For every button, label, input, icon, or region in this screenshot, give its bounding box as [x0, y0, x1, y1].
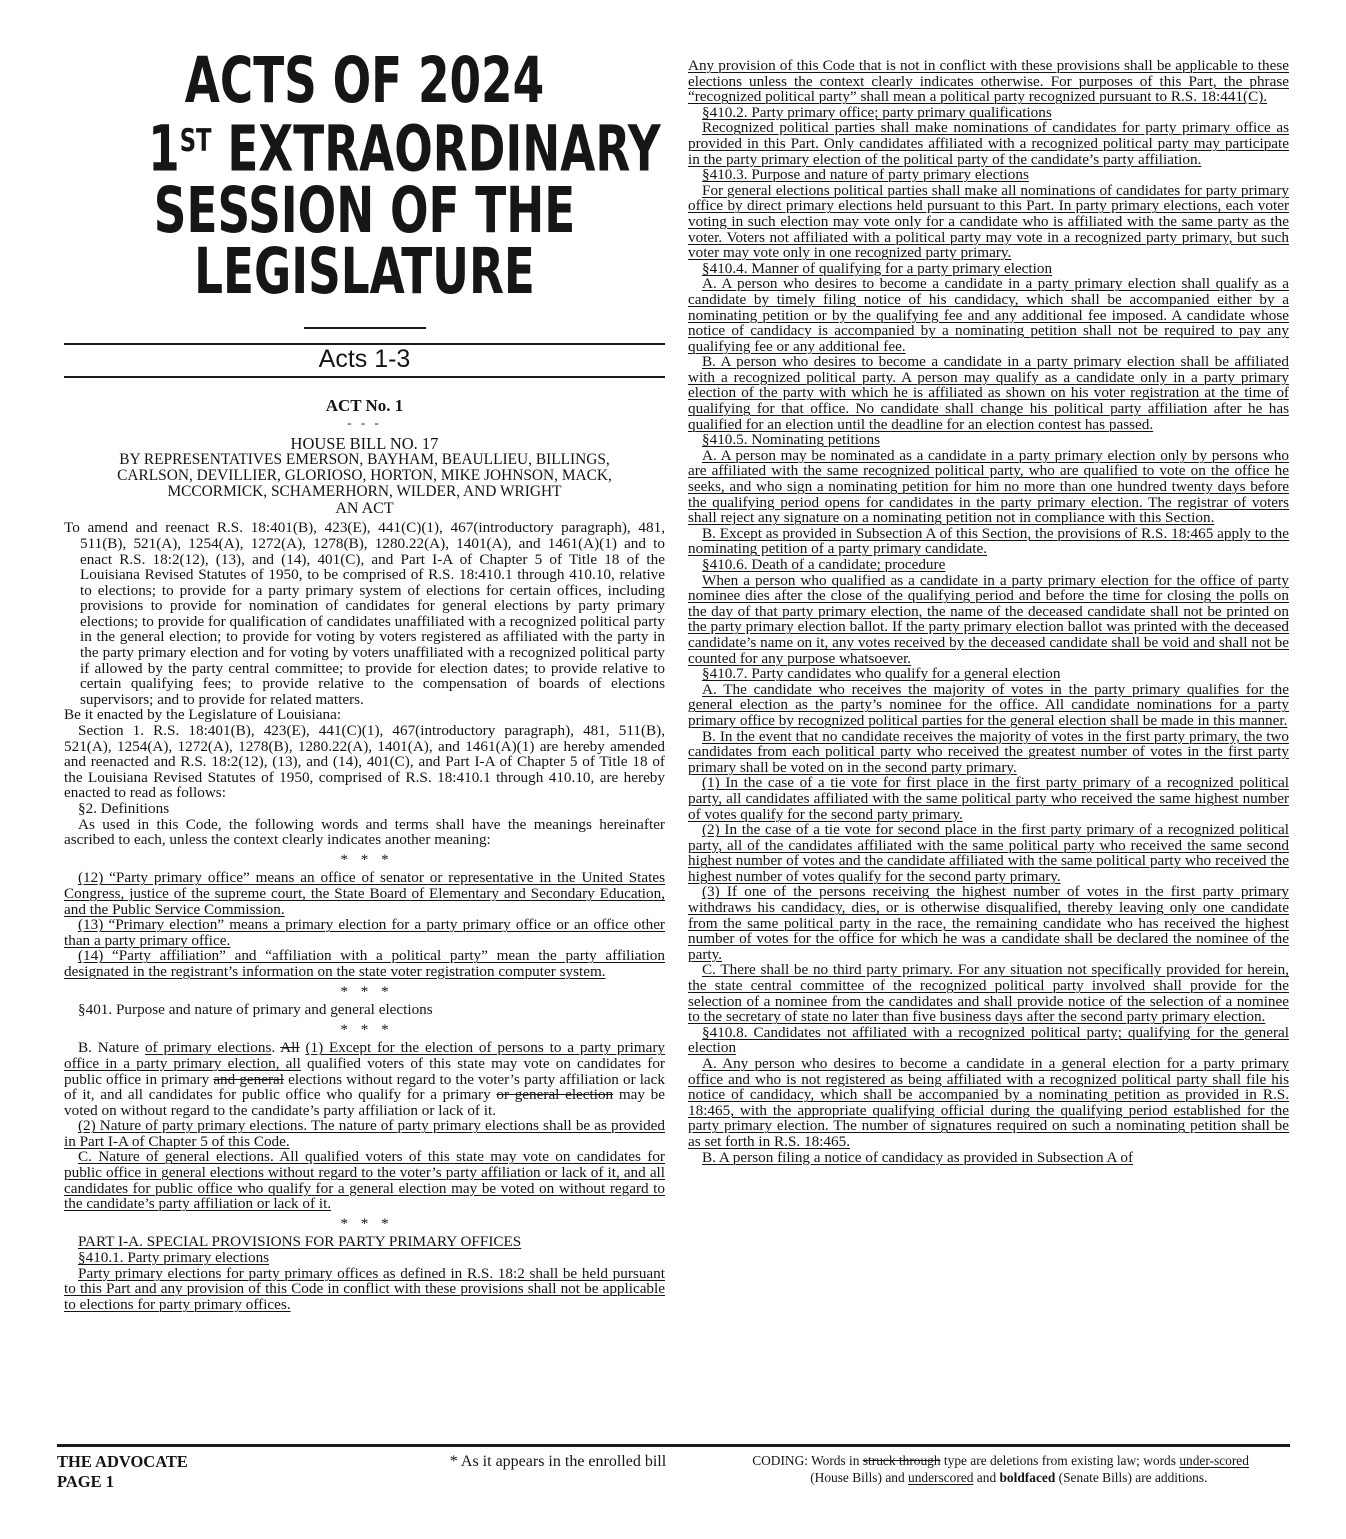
paragraph: B. A person filing a notice of candidacy… — [688, 1150, 1289, 1166]
underscored-text: (12) “Party primary office” means an off… — [64, 869, 665, 917]
act-number-heading: ACT No. 1 — [64, 398, 665, 414]
underscored-text: §410.7. Party candidates who qualify for… — [702, 665, 1060, 682]
paragraph: Be it enacted by the Legislature of Loui… — [64, 707, 665, 723]
publication-name: THE ADVOCATE — [57, 1452, 256, 1472]
paragraph: B. Nature of primary elections. All (1) … — [64, 1040, 665, 1118]
paragraph: (2) Nature of party primary elections. T… — [64, 1118, 665, 1149]
underscored-text: (3) If one of the persons receiving the … — [688, 883, 1289, 962]
struck-text: struck through — [863, 1453, 941, 1468]
text-run: (House Bills) and — [810, 1470, 908, 1485]
paragraph: §410.6. Death of a candidate; procedure — [688, 557, 1289, 573]
asterisk-separator: * * * — [64, 852, 665, 868]
text-run: To amend and reenact R.S. 18:401(B), 423… — [64, 519, 665, 708]
underscored-text: Any provision of this Code that is not i… — [688, 58, 1289, 105]
underscored-text: (2) Nature of party primary elections. T… — [64, 1117, 665, 1150]
underscored-text: of primary elections — [145, 1039, 271, 1056]
paragraph: As used in this Code, the following word… — [64, 817, 665, 848]
paragraph: (13) “Primary election” means a primary … — [64, 917, 665, 948]
paragraph: A. Any person who desires to become a ca… — [688, 1056, 1289, 1150]
left-column: ACTS OF 20241ST EXTRAORDINARYSESSION OF … — [64, 50, 665, 1312]
paragraph: For general elections political parties … — [688, 183, 1289, 261]
paragraph: B. A person who desires to become a cand… — [688, 354, 1289, 432]
paragraph: §2. Definitions — [64, 801, 665, 817]
underscored-text: A. A person may be nominated as a candid… — [688, 447, 1289, 526]
struck-text: All — [280, 1039, 299, 1056]
paragraph: (12) “Party primary office” means an off… — [64, 870, 665, 917]
text-run: * * * — [340, 1215, 388, 1232]
document-page: ACTS OF 20241ST EXTRAORDINARYSESSION OF … — [0, 0, 1346, 1539]
underscored-text: §410.8. Candidates not affiliated with a… — [688, 1024, 1289, 1057]
underscored-text: (13) “Primary election” means a primary … — [64, 916, 665, 949]
document-title: ACTS OF 20241ST EXTRAORDINARYSESSION OF … — [148, 50, 581, 302]
horizontal-rule-bottom — [64, 376, 665, 378]
paragraph: Party primary elections for party primar… — [64, 1266, 665, 1313]
left-column-body: To amend and reenact R.S. 18:401(B), 423… — [64, 520, 665, 1312]
text-run: Be it enacted by the Legislature of Loui… — [64, 706, 341, 723]
struck-text: or general election — [496, 1086, 613, 1103]
paragraph: PART I-A. SPECIAL PROVISIONS FOR PARTY P… — [64, 1234, 665, 1250]
underscored-text: §410.4. Manner of qualifying for a party… — [702, 260, 1052, 277]
underscored-text: PART I-A. SPECIAL PROVISIONS FOR PARTY P… — [78, 1233, 521, 1250]
text-run: * * * — [340, 851, 388, 868]
underscored-text: When a person who qualified as a candida… — [688, 572, 1289, 667]
an-act-label: AN ACT — [64, 500, 665, 517]
paragraph: (1) In the case of a tie vote for first … — [688, 775, 1289, 822]
text-run: LEGISLATURE — [194, 235, 535, 308]
paragraph: §410.1. Party primary elections — [64, 1250, 665, 1266]
text-run: §2. Definitions — [78, 800, 169, 817]
underscored-text: §410.2. Party primary office; party prim… — [702, 104, 1052, 121]
paragraph: §410.4. Manner of qualifying for a party… — [688, 261, 1289, 277]
title-line: 1ST EXTRAORDINARY — [148, 111, 581, 180]
underscored-text: under-scored — [1179, 1453, 1249, 1468]
right-column-body: Any provision of this Code that is not i… — [688, 58, 1289, 1440]
paragraph: §410.3. Purpose and nature of party prim… — [688, 167, 1289, 183]
paragraph: To amend and reenact R.S. 18:401(B), 423… — [64, 520, 665, 707]
paragraph: C. Nature of general elections. All qual… — [64, 1149, 665, 1211]
underscored-text: B. Except as provided in Subsection A of… — [688, 525, 1289, 558]
text-run: ST — [180, 123, 212, 159]
publication-block: THE ADVOCATE PAGE 1 — [57, 1452, 256, 1492]
act-dashes: - - - — [64, 417, 665, 429]
text-run: (Senate Bills) are additions. — [1055, 1470, 1207, 1485]
text-run: §401. Purpose and nature of primary and … — [78, 1001, 433, 1018]
paragraph: B. Except as provided in Subsection A of… — [688, 526, 1289, 557]
enrolled-bill-note: * As it appears in the enrolled bill — [256, 1452, 666, 1471]
paragraph: Recognized political parties shall make … — [688, 120, 1289, 167]
paragraph: §410.7. Party candidates who qualify for… — [688, 666, 1289, 682]
paragraph: §410.2. Party primary office; party prim… — [688, 105, 1289, 121]
underscored-text: §410.6. Death of a candidate; procedure — [702, 556, 945, 573]
underscored-text: A. Any person who desires to become a ca… — [688, 1055, 1289, 1150]
underscored-text: A. A person who desires to become a cand… — [688, 275, 1289, 354]
paragraph: A. A person may be nominated as a candid… — [688, 448, 1289, 526]
paragraph: A. The candidate who receives the majori… — [688, 682, 1289, 729]
text-run: * * * — [340, 983, 388, 1000]
sponsor-line: CARLSON, DEVILLIER, GLORIOSO, HORTON, MI… — [64, 468, 665, 484]
underscored-text: §410.3. Purpose and nature of party prim… — [702, 166, 1029, 183]
text-run: As used in this Code, the following word… — [64, 816, 665, 849]
text-run: and — [973, 1470, 999, 1485]
paragraph: Any provision of this Code that is not i… — [688, 58, 1289, 105]
bill-number: HOUSE BILL NO. 17 — [64, 435, 665, 452]
paragraph: Section 1. R.S. 18:401(B), 423(E), 441(C… — [64, 723, 665, 801]
underscored-text: For general elections political parties … — [688, 182, 1289, 261]
paragraph: §401. Purpose and nature of primary and … — [64, 1002, 665, 1018]
paragraph: C. There shall be no third party primary… — [688, 962, 1289, 1024]
acts-range-label: Acts 1-3 — [64, 345, 665, 377]
underscored-text: C. Nature of general elections. All qual… — [64, 1148, 665, 1212]
paragraph: §410.8. Candidates not affiliated with a… — [688, 1025, 1289, 1056]
underscored-text: B. A person who desires to become a cand… — [688, 353, 1289, 432]
text-run: . — [271, 1039, 280, 1056]
title-line: SESSION OF THE — [148, 180, 581, 241]
text-run: B. Nature — [78, 1039, 145, 1056]
title-line: ACTS OF 2024 — [148, 50, 581, 111]
paragraph: B. In the event that no candidate receiv… — [688, 729, 1289, 776]
asterisk-separator: * * * — [64, 984, 665, 1000]
underscored-text: §410.1. Party primary elections — [78, 1249, 269, 1266]
title-line: LEGISLATURE — [148, 241, 581, 302]
underscored-text: B. In the event that no candidate receiv… — [688, 728, 1289, 776]
page-number: PAGE 1 — [57, 1472, 256, 1492]
text-run: * * * — [340, 1021, 388, 1038]
paragraph: (3) If one of the persons receiving the … — [688, 884, 1289, 962]
asterisk-separator: * * * — [64, 1022, 665, 1038]
page-footer: THE ADVOCATE PAGE 1 * As it appears in t… — [57, 1444, 1290, 1492]
paragraph: A. A person who desires to become a cand… — [688, 276, 1289, 354]
coding-legend: CODING: Words in struck through type are… — [752, 1452, 1290, 1486]
paragraph: When a person who qualified as a candida… — [688, 573, 1289, 667]
paragraph: (14) “Party affiliation” and “affiliatio… — [64, 948, 665, 979]
underscored-text: C. There shall be no third party primary… — [688, 961, 1289, 1025]
text-run: boldfaced — [999, 1470, 1055, 1485]
underscored-text: A. The candidate who receives the majori… — [688, 681, 1289, 729]
title-divider-rule — [304, 327, 426, 329]
struck-text: and general — [213, 1071, 284, 1088]
sponsor-representatives: BY REPRESENTATIVES EMERSON, BAYHAM, BEAU… — [64, 452, 665, 501]
text-run: type are deletions from existing law; wo… — [941, 1453, 1180, 1468]
text-run: CODING: Words in — [752, 1453, 863, 1468]
text-run: ACTS OF 2024 — [185, 44, 544, 117]
underscored-text: (2) In the case of a tie vote for second… — [688, 821, 1289, 885]
underscored-text: §410.5. Nominating petitions — [702, 431, 880, 448]
underscored-text: Recognized political parties shall make … — [688, 119, 1289, 167]
paragraph: §410.5. Nominating petitions — [688, 432, 1289, 448]
asterisk-separator: * * * — [64, 1216, 665, 1232]
text-run: Section 1. R.S. 18:401(B), 423(E), 441(C… — [64, 722, 665, 801]
underscored-text: (1) In the case of a tie vote for first … — [688, 774, 1289, 822]
underscored-text: (14) “Party affiliation” and “affiliatio… — [64, 947, 665, 980]
sponsor-line: BY REPRESENTATIVES EMERSON, BAYHAM, BEAU… — [64, 452, 665, 468]
underscored-text: Party primary elections for party primar… — [64, 1265, 665, 1313]
underscored-text: B. A person filing a notice of candidacy… — [702, 1149, 1133, 1166]
sponsor-line: MCCORMICK, SCHAMERHORN, WILDER, AND WRIG… — [64, 484, 665, 500]
paragraph: (2) In the case of a tie vote for second… — [688, 822, 1289, 884]
underscored-text: underscored — [908, 1470, 973, 1485]
